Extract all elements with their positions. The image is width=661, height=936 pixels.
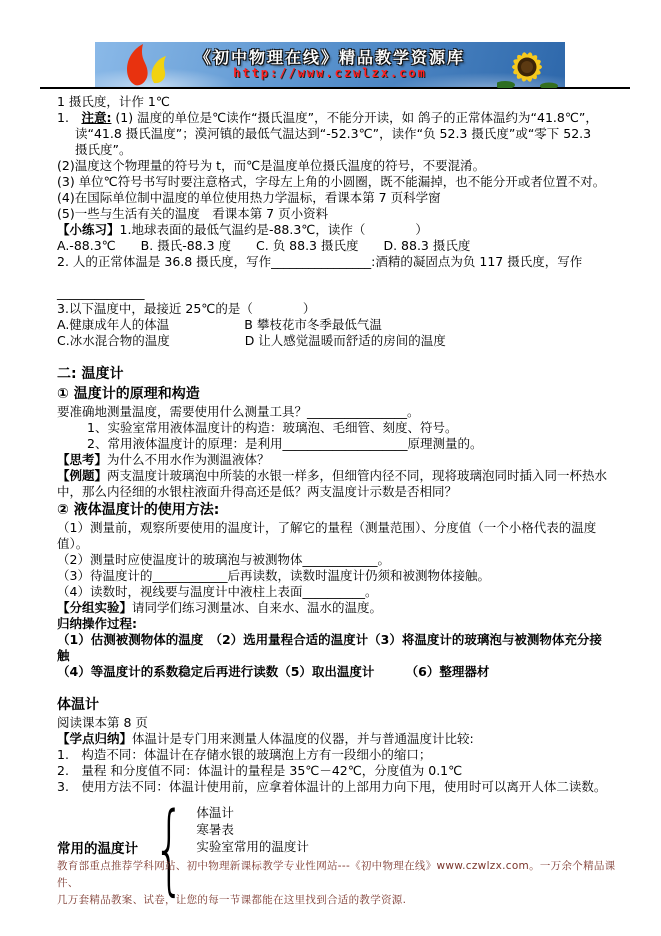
brace-item: 寒暑表 [196,821,309,838]
doc-text-run: (1) 温度的单位是℃读作“摄氏温度”，不能分开读，如 鸽子的正常体温约为“41… [111,110,597,125]
doc-line: 1. 构造不同：体温计在存储水银的玻璃泡上方有一段细小的缩口； [57,747,609,763]
doc-text-run: 2. 量程 和分度值不同：体温计的量程是 35℃－42℃，分度值为 0.1℃ [57,763,462,778]
doc-text-run: 3. 使用方法不同：体温计使用前，应拿着体温计的上部用力向下甩，使用时可以离开人… [57,779,606,794]
doc-text-run: A.健康成年人的体温 B 攀枝花市冬季最低气温 [57,317,382,332]
doc-line: 阅读课本第 8 页 [57,715,609,731]
doc-text-run: 体温计 [57,697,99,713]
doc-text-run: （4）读数时，视线要与温度计中液柱上表面__________。 [57,584,377,599]
doc-line: 【小练习】1.地球表面的最低气温约是-88.3℃，读作（ ） [57,222,609,238]
doc-text-run: (3) 单位℃符号书写时要注意格式，字母左上角的小圆圈，既不能漏掉，也不能分开或… [57,174,605,189]
doc-text-run: 为什么不用水作为测温液体？ [107,452,270,467]
doc-line: （2）测量时应使温度计的玻璃泡与被测物体____________。 [57,552,609,568]
doc-text-run: （2）测量时应使温度计的玻璃泡与被测物体____________。 [57,552,390,567]
doc-text-run: 2、常用液体温度计的原理：是利用____________________原理测量… [87,436,482,451]
doc-text-run: 两支温度计玻璃泡中所装的水银一样多，但细管内径不同，现将玻璃泡同时插入同一杯热水 [107,468,607,483]
doc-text-run: 注意: [81,110,111,125]
doc-line: 归纳操作过程: [57,616,609,632]
doc-text-run: (5)一些与生活有关的温度 看课本第 7 页小资料 [57,206,328,221]
doc-text-run: (4)在国际单位制中温度的单位使用热力学温标，看课本第 7 页科学窗 [57,190,441,205]
doc-text-run: （3）待温度计的____________后再读数，读数时温度计仍须和被测物体接触… [57,568,490,583]
doc-text-run: 3.以下温度中，最接近 25℃的是（ ） [57,301,315,316]
doc-line: A.健康成年人的体温 B 攀枝花市冬季最低气温 [57,317,609,333]
doc-line: (3) 单位℃符号书写时要注意格式，字母左上角的小圆圈，既不能漏掉，也不能分开或… [57,174,609,190]
brace-item: 体温计 [196,804,309,821]
doc-text-run: 二: 温度计 [57,366,123,382]
doc-line: 3. 使用方法不同：体温计使用前，应拿着体温计的上部用力向下甩，使用时可以离开人… [57,779,609,795]
doc-line: （1）估测被测物体的温度 （2）选用量程合适的温度计（3）将温度计的玻璃泡与被测… [57,632,609,664]
doc-text-run: ① 温度计的原理和构造 [57,386,200,402]
doc-line: （4）等温度计的系数稳定后再进行读数（5）取出温度计 （6）整理器材 [57,664,609,680]
doc-line: 【例题】两支温度计玻璃泡中所装的水银一样多，但细管内径不同，现将玻璃泡同时插入同… [57,468,609,484]
doc-line: 【思考】为什么不用水作为测温液体？ [57,452,609,468]
doc-text-run: 【小练习】 [57,222,120,237]
doc-text-run: 阅读课本第 8 页 [57,715,148,730]
doc-text-run: 读“41.8 摄氏温度”；漠河镇的最低气温达到“-52.3℃”，读作“负 52.… [75,126,591,141]
doc-line: 1. 注意: (1) 温度的单位是℃读作“摄氏温度”，不能分开读，如 鸽子的正常… [57,110,609,126]
doc-line: 体温计 [57,695,609,715]
doc-text-run: 1. 构造不同：体温计在存储水银的玻璃泡上方有一段细小的缩口； [57,747,431,762]
brace-label: 常用的温度计 [57,841,138,857]
doc-line: 二: 温度计 [57,364,609,384]
doc-line: 2. 量程 和分度值不同：体温计的量程是 35℃－42℃，分度值为 0.1℃ [57,763,609,779]
doc-line: （4）读数时，视线要与温度计中液柱上表面__________。 [57,584,609,600]
doc-text-run: 体温计是专门用来测量人体温度的仪器，并与普通温度计比较: [132,731,474,746]
doc-text-run: ______________ [57,285,145,300]
doc-line: （3）待温度计的____________后再读数，读数时温度计仍须和被测物体接触… [57,568,609,584]
doc-text-run: 1、实验室常用液体温度计的构造：玻璃泡、毛细管、刻度、符号。 [87,420,457,435]
footer-line: 教育部重点推荐学科网站、初中物理新课标教学专业性网站---《初中物理在线》www… [57,858,619,892]
doc-lines: 1 摄氏度，计作 1℃1. 注意: (1) 温度的单位是℃读作“摄氏温度”，不能… [57,94,609,795]
doc-line: A.-88.3℃ B. 摄氏-88.3 度 C. 负 88.3 摄氏度 D. 8… [57,238,609,254]
doc-text-run: (2)温度这个物理量的符号为 t，而℃是温度单位摄氏温度的符号，不要混淆。 [57,158,485,173]
doc-text-run: 请同学们练习测量冰、自来水、温水的温度。 [132,600,382,615]
doc-line: 1 摄氏度，计作 1℃ [57,94,609,110]
doc-line: ______________ [57,285,609,301]
doc-line: C.冰水混合物的温度 D 让人感觉温暖而舒适的房间的温度 [57,333,609,349]
worksheet-body: 1 摄氏度，计作 1℃1. 注意: (1) 温度的单位是℃读作“摄氏温度”，不能… [57,94,609,897]
doc-line: 3.以下温度中，最接近 25℃的是（ ） [57,301,609,317]
brace-item: 实验室常用的温度计 [196,838,309,855]
doc-text-run: 归纳操作过程: [57,616,137,631]
banner-title: 《初中物理在线》精品教学资源库 [195,49,465,67]
doc-line: (4)在国际单位制中温度的单位使用热力学温标，看课本第 7 页科学窗 [57,190,609,206]
footer-line: 几万套精品教案、试卷，让您的每一节课都能在这里找到合适的教学资源. [57,892,619,909]
banner-url-link[interactable]: http://www.czwlzx.com [195,67,465,81]
doc-text-run: 【例题】 [57,468,107,483]
doc-line: 摄氏度”。 [57,142,609,158]
site-banner: 《初中物理在线》精品教学资源库 http://www.czwlzx.com [95,42,565,88]
doc-text-run: A.-88.3℃ B. 摄氏-88.3 度 C. 负 88.3 摄氏度 D. 8… [57,238,470,253]
doc-line: 2、常用液体温度计的原理：是利用____________________原理测量… [57,436,609,452]
doc-line: 【学点归纳】体温计是专门用来测量人体温度的仪器，并与普通温度计比较: [57,731,609,747]
doc-text-run: 【分组实验】 [57,600,132,615]
doc-text-run: 2. 人的正常体温是 36.8 摄氏度，写作________________:酒… [57,254,582,269]
page-footer: 教育部重点推荐学科网站、初中物理新课标教学专业性网站---《初中物理在线》www… [57,858,619,909]
doc-text-run: ② 液体温度计的使用方法: [57,502,219,518]
doc-text-run: 【思考】 [57,452,107,467]
doc-line: 1、实验室常用液体温度计的构造：玻璃泡、毛细管、刻度、符号。 [57,420,609,436]
doc-text-run: 【学点归纳】 [57,731,132,746]
doc-line: 要准确地测量温度，需要使用什么测量工具？________________。 [57,404,609,420]
doc-text-run: 摄氏度”。 [75,142,131,157]
doc-text-run: 1.地球表面的最低气温约是-88.3℃，读作（ ） [120,222,428,237]
doc-line: ② 液体温度计的使用方法: [57,500,609,520]
doc-line: （1）测量前，观察所要使用的温度计，了解它的量程（测量范围）、分度值（一个小格代… [57,520,609,552]
doc-text-run: （1）测量前，观察所要使用的温度计，了解它的量程（测量范围）、分度值（一个小格代… [57,520,596,551]
doc-text-run: 要准确地测量温度，需要使用什么测量工具？________________。 [57,404,420,419]
doc-line: 2. 人的正常体温是 36.8 摄氏度，写作________________:酒… [57,254,609,270]
doc-line: ① 温度计的原理和构造 [57,384,609,404]
doc-line: 【分组实验】请同学们练习测量冰、自来水、温水的温度。 [57,600,609,616]
doc-text-run: （1）估测被测物体的温度 （2）选用量程合适的温度计（3）将温度计的玻璃泡与被测… [57,632,602,663]
doc-text-run: 中，那么内径细的水银柱液面升得高还是低？两支温度计示数是否相同？ [57,484,457,499]
doc-line: 读“41.8 摄氏温度”；漠河镇的最低气温达到“-52.3℃”，读作“负 52.… [57,126,609,142]
sunflower-icon [497,44,563,88]
doc-text-run: 1 摄氏度，计作 1℃ [57,94,170,109]
doc-text-run: C.冰水混合物的温度 D 让人感觉温暖而舒适的房间的温度 [57,333,446,348]
doc-text-run: （4）等温度计的系数稳定后再进行读数（5）取出温度计 （6）整理器材 [57,664,489,679]
doc-text-run: 1. [57,110,81,125]
doc-line: (2)温度这个物理量的符号为 t，而℃是温度单位摄氏温度的符号，不要混淆。 [57,158,609,174]
site-logo-icon [121,43,175,87]
doc-line: 中，那么内径细的水银柱液面升得高还是低？两支温度计示数是否相同？ [57,484,609,500]
banner-text: 《初中物理在线》精品教学资源库 http://www.czwlzx.com [195,49,465,81]
doc-line: (5)一些与生活有关的温度 看课本第 7 页小资料 [57,206,609,222]
